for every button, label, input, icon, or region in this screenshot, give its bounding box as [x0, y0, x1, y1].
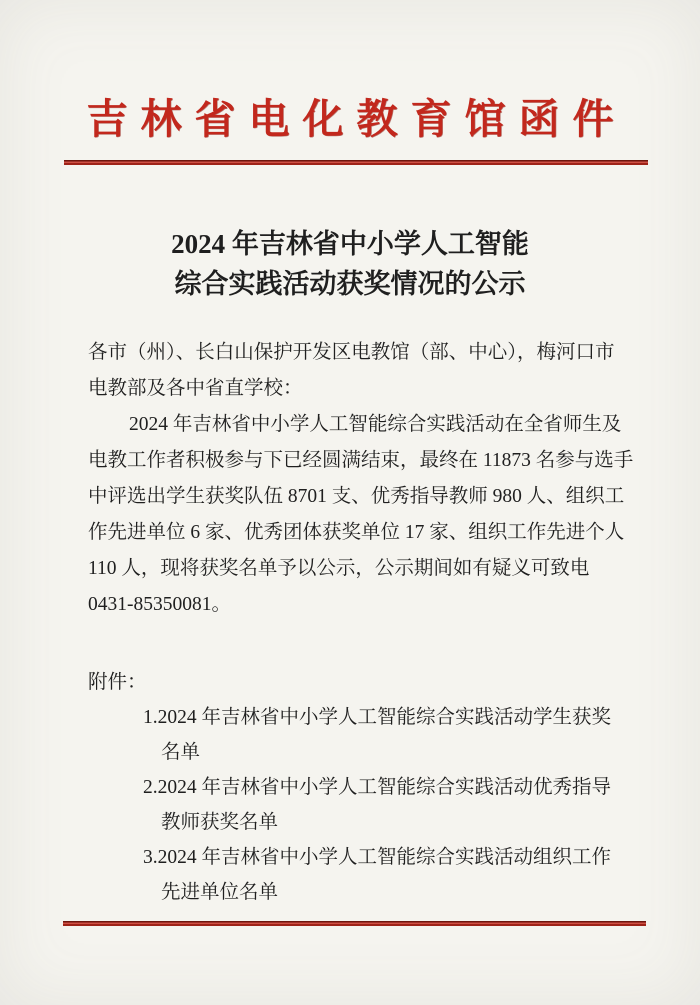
letterhead-title: 吉林省电化教育馆函件: [0, 94, 700, 144]
body-text: 各市（州）、长白山保护开发区电教馆（部、中心），梅河口市 电教部及各中省直学校：…: [88, 335, 640, 623]
attachment-item-line: 2.2024 年吉林省中小学人工智能综合实践活动优秀指导: [143, 770, 653, 805]
attachment-item-line: 名单: [143, 735, 653, 770]
salutation-line: 各市（州）、长白山保护开发区电教馆（部、中心），梅河口市: [88, 335, 640, 371]
phone-line: 0431-85350081。: [88, 587, 640, 623]
paragraph-line: 作先进单位 6 家、优秀团体获奖单位 17 家、组织工作先进个人: [88, 515, 640, 551]
attachment-item-line: 1.2024 年吉林省中小学人工智能综合实践活动学生获奖: [143, 700, 653, 735]
attachments-label: 附件：: [88, 665, 147, 700]
attachment-item-line: 先进单位名单: [143, 875, 653, 910]
document-title: 2024 年吉林省中小学人工智能 综合实践活动获奖情况的公示: [0, 224, 700, 304]
document-title-line-1: 2024 年吉林省中小学人工智能: [0, 224, 700, 264]
scanned-letter-page: 吉林省电化教育馆函件 2024 年吉林省中小学人工智能 综合实践活动获奖情况的公…: [0, 0, 700, 1005]
paragraph-line: 电教工作者积极参与下已经圆满结束，最终在 11873 名参与选手: [88, 443, 640, 479]
attachments-list: 1.2024 年吉林省中小学人工智能综合实践活动学生获奖 名单 2.2024 年…: [143, 700, 653, 910]
document-title-line-2: 综合实践活动获奖情况的公示: [0, 264, 700, 304]
attachment-item-line: 3.2024 年吉林省中小学人工智能综合实践活动组织工作: [143, 840, 653, 875]
salutation-line: 电教部及各中省直学校：: [88, 371, 640, 407]
paragraph-line: 110 人，现将获奖名单予以公示，公示期间如有疑义可致电: [88, 551, 640, 587]
paragraph-line: 2024 年吉林省中小学人工智能综合实践活动在全省师生及: [88, 407, 640, 443]
attachment-item-line: 教师获奖名单: [143, 805, 653, 840]
footer-rule: [63, 921, 646, 926]
paragraph-line: 中评选出学生获奖队伍 8701 支、优秀指导教师 980 人、组织工: [88, 479, 640, 515]
header-rule: [64, 160, 648, 165]
